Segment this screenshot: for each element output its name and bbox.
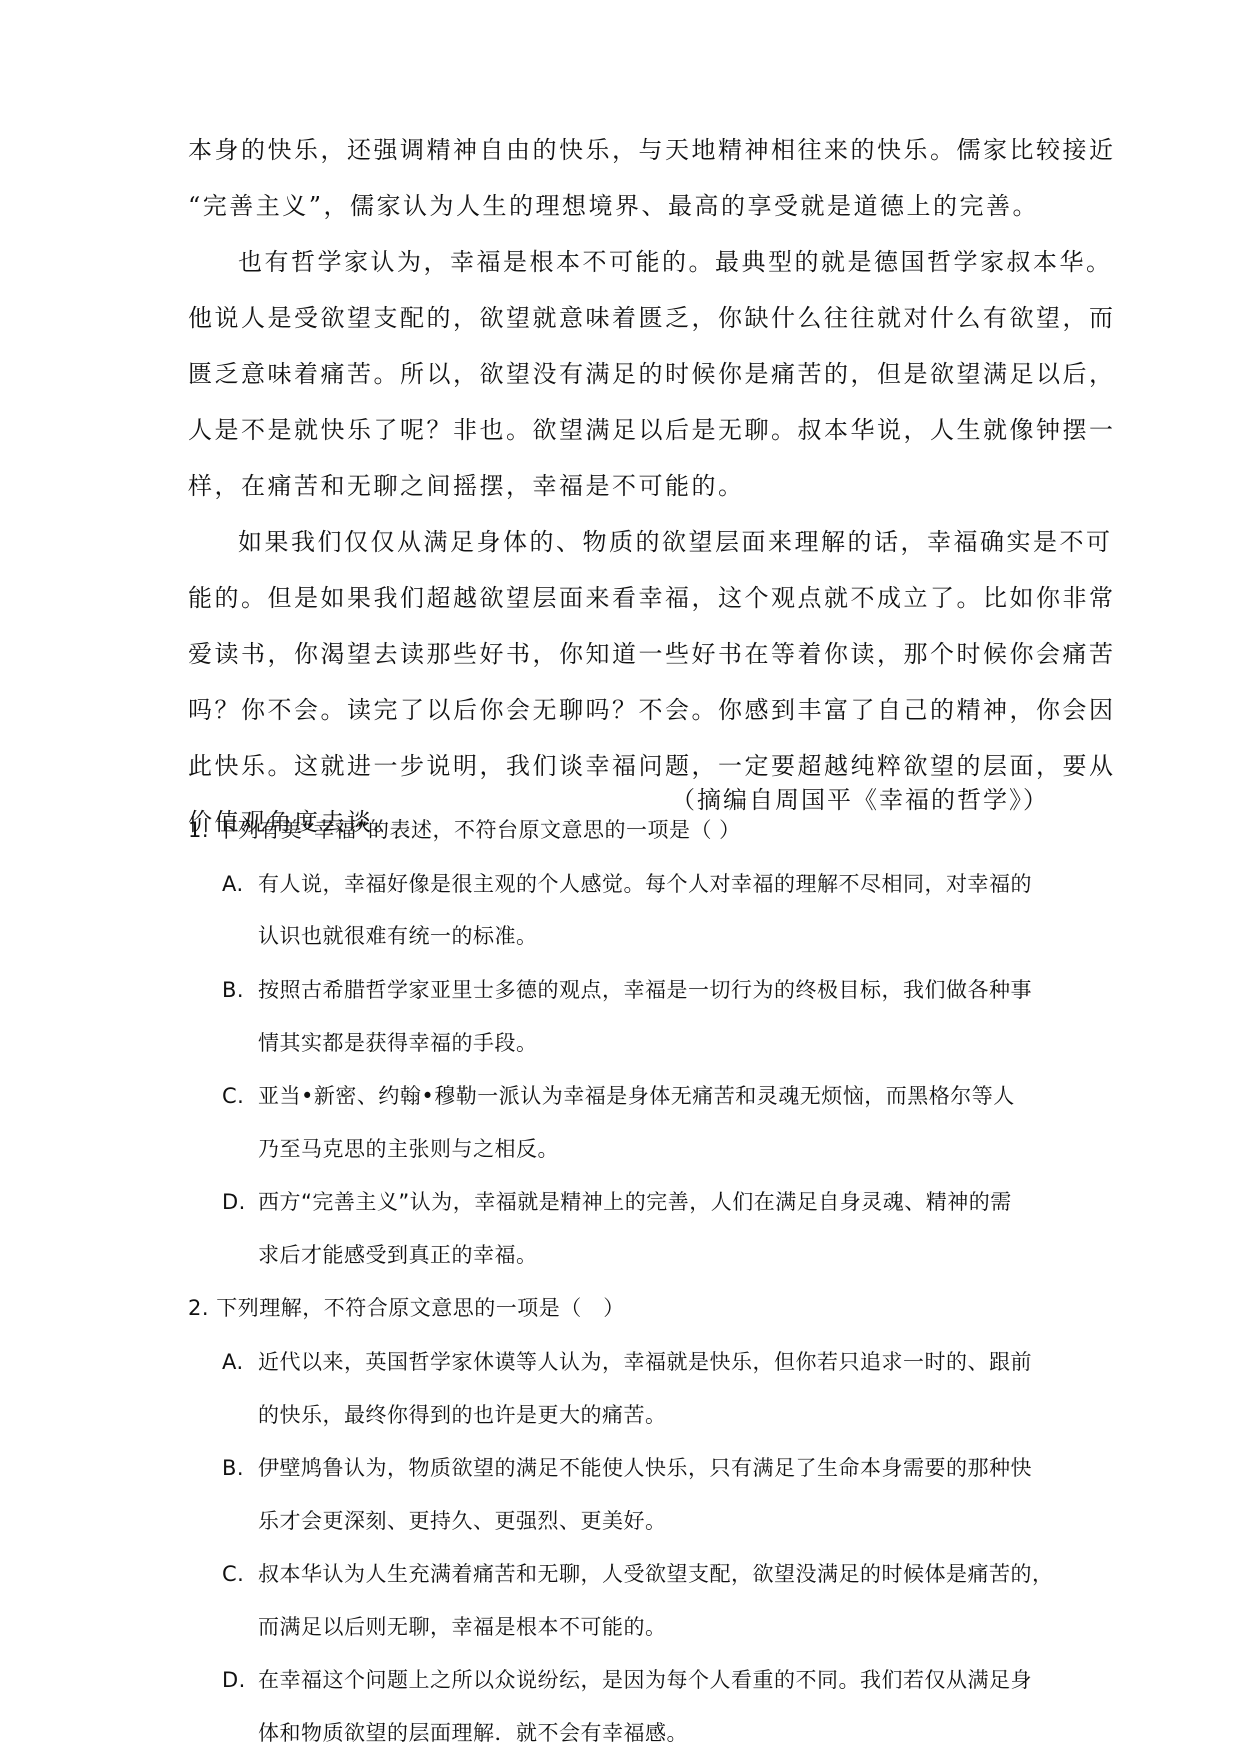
passage-line: 爱读书，你渴望去读那些好书，你知道一些好书在等着你读，那个时候你会痛苦 [188,626,1056,682]
passage-line: 本身的快乐，还强调精神自由的快乐，与天地精神相往来的快乐。儒家比较接近 [188,122,1056,178]
q1-option-d[interactable]: D.西方“完善主义”认为，幸福就是精神上的完善，人们在满足自身灵魂、精神的需 [222,1186,1012,1216]
passage-line: 如果我们仅仅从满足身体的、物质的欲望层面来理解的话，幸福确实是不可 [188,514,1056,570]
q1-option-b-cont: 情其实都是获得幸福的手段。 [258,1027,538,1057]
option-text: 亚当•新密、约翰•穆勒一派认为幸福是身体无痛苦和灵魂无烦恼，而黑格尔等人 [258,1084,1015,1108]
q1-option-c[interactable]: C.亚当•新密、约翰•穆勒一派认为幸福是身体无痛苦和灵魂无烦恼，而黑格尔等人 [222,1080,1015,1110]
option-label: C. [222,1084,258,1108]
question-text: 下列理解，不符合原文意思的一项是（ ） [216,1296,625,1320]
passage-line: 也有哲学家认为，幸福是根本不可能的。最典型的就是德国哲学家叔本华。 [188,234,1056,290]
passage-line: 吗？你不会。读完了以后你会无聊吗？不会。你感到丰富了自己的精神，你会因 [188,682,1056,738]
q2-option-b-cont: 乐才会更深刻、更持久、更强烈、更美好。 [258,1505,667,1535]
q1-option-d-cont: 求后才能感受到真正的幸福。 [258,1239,538,1269]
option-text: 按照古希腊哲学家亚里士多德的观点，幸福是一切行为的终极目标，我们做各种事 [258,978,1032,1002]
q2-option-b[interactable]: B.伊壁鸠鲁认为，物质欲望的满足不能使人快乐，只有满足了生命本身需要的那种快 [222,1452,1032,1482]
question-number: 2. [188,1296,209,1320]
question-1-stem: 1. 下列有美“幸福”的表述，不符台原文意思的一项是（ ） [188,814,741,844]
passage-line: 他说人是受欲望支配的，欲望就意味着匮乏，你缺什么往往就对什么有欲望，而 [188,290,1056,346]
option-text: 在幸福这个问题上之所以众说纷纭，是因为每个人看重的不同。我们若仅从满足身 [258,1668,1032,1692]
option-label: C. [222,1562,258,1586]
option-text: 西方“完善主义”认为，幸福就是精神上的完善，人们在满足自身灵魂、精神的需 [258,1190,1012,1214]
passage-line: 能的。但是如果我们超越欲望层面来看幸福，这个观点就不成立了。比如你非常 [188,570,1056,626]
document-page: 本身的快乐，还强调精神自由的快乐，与天地精神相往来的快乐。儒家比较接近 “完善主… [0,0,1241,1754]
q2-option-c-cont: 而满足以后则无聊，幸福是根本不可能的。 [258,1611,667,1641]
q2-option-d-cont: 体和物质欲望的层面理解．就不会有幸福感。 [258,1717,688,1747]
passage-text: 本身的快乐，还强调精神自由的快乐，与天地精神相往来的快乐。儒家比较接近 “完善主… [188,122,1056,850]
question-2-stem: 2. 下列理解，不符合原文意思的一项是（ ） [188,1292,625,1322]
option-label: A. [222,872,258,896]
option-label: A. [222,1350,258,1374]
passage-line: 人是不是就快乐了呢？非也。欲望满足以后是无聊。叔本华说，人生就像钟摆一 [188,402,1056,458]
q2-option-c[interactable]: C.叔本华认为人生充满着痛苦和无聊，人受欲望支配，欲望没满足的时候体是痛苦的， [222,1558,1054,1588]
option-text: 近代以来，英国哲学家休谟等人认为，幸福就是快乐，但你若只追求一时的、跟前 [258,1350,1032,1374]
option-label: D. [222,1190,258,1214]
q2-option-a[interactable]: A.近代以来，英国哲学家休谟等人认为，幸福就是快乐，但你若只追求一时的、跟前 [222,1346,1032,1376]
q1-option-a-cont: 认识也就很难有统一的标准。 [258,920,538,950]
option-text: 有人说，幸福好像是很主观的个人感觉。每个人对幸福的理解不尽相同，对幸福的 [258,872,1032,896]
passage-line: 样，在痛苦和无聊之间摇摆，幸福是不可能的。 [188,458,1056,514]
option-label: D. [222,1668,258,1692]
question-number: 1. [188,818,209,842]
q2-option-a-cont: 的快乐，最终你得到的也许是更大的痛苦。 [258,1399,667,1429]
question-text: 下列有美“幸福”的表述，不符台原文意思的一项是（ ） [216,818,740,842]
passage-line: “完善主义”，儒家认为人生的理想境界、最高的享受就是道德上的完善。 [188,178,1056,234]
q2-option-d[interactable]: D.在幸福这个问题上之所以众说纷纭，是因为每个人看重的不同。我们若仅从满足身 [222,1664,1032,1694]
option-label: B. [222,978,258,1002]
option-text: 叔本华认为人生充满着痛苦和无聊，人受欲望支配，欲望没满足的时候体是痛苦的， [258,1562,1054,1586]
option-label: B. [222,1456,258,1480]
passage-line: 匮乏意味着痛苦。所以，欲望没有满足的时候你是痛苦的，但是欲望满足以后， [188,346,1056,402]
option-text: 伊壁鸠鲁认为，物质欲望的满足不能使人快乐，只有满足了生命本身需要的那种快 [258,1456,1032,1480]
q1-option-a[interactable]: A.有人说，幸福好像是很主观的个人感觉。每个人对幸福的理解不尽相同，对幸福的 [222,868,1032,898]
q1-option-c-cont: 乃至马克思的主张则与之相反。 [258,1133,559,1163]
passage-source: （摘编自周国平《幸福的哲学》） [671,780,1049,815]
q1-option-b[interactable]: B.按照古希腊哲学家亚里士多德的观点，幸福是一切行为的终极目标，我们做各种事 [222,974,1032,1004]
